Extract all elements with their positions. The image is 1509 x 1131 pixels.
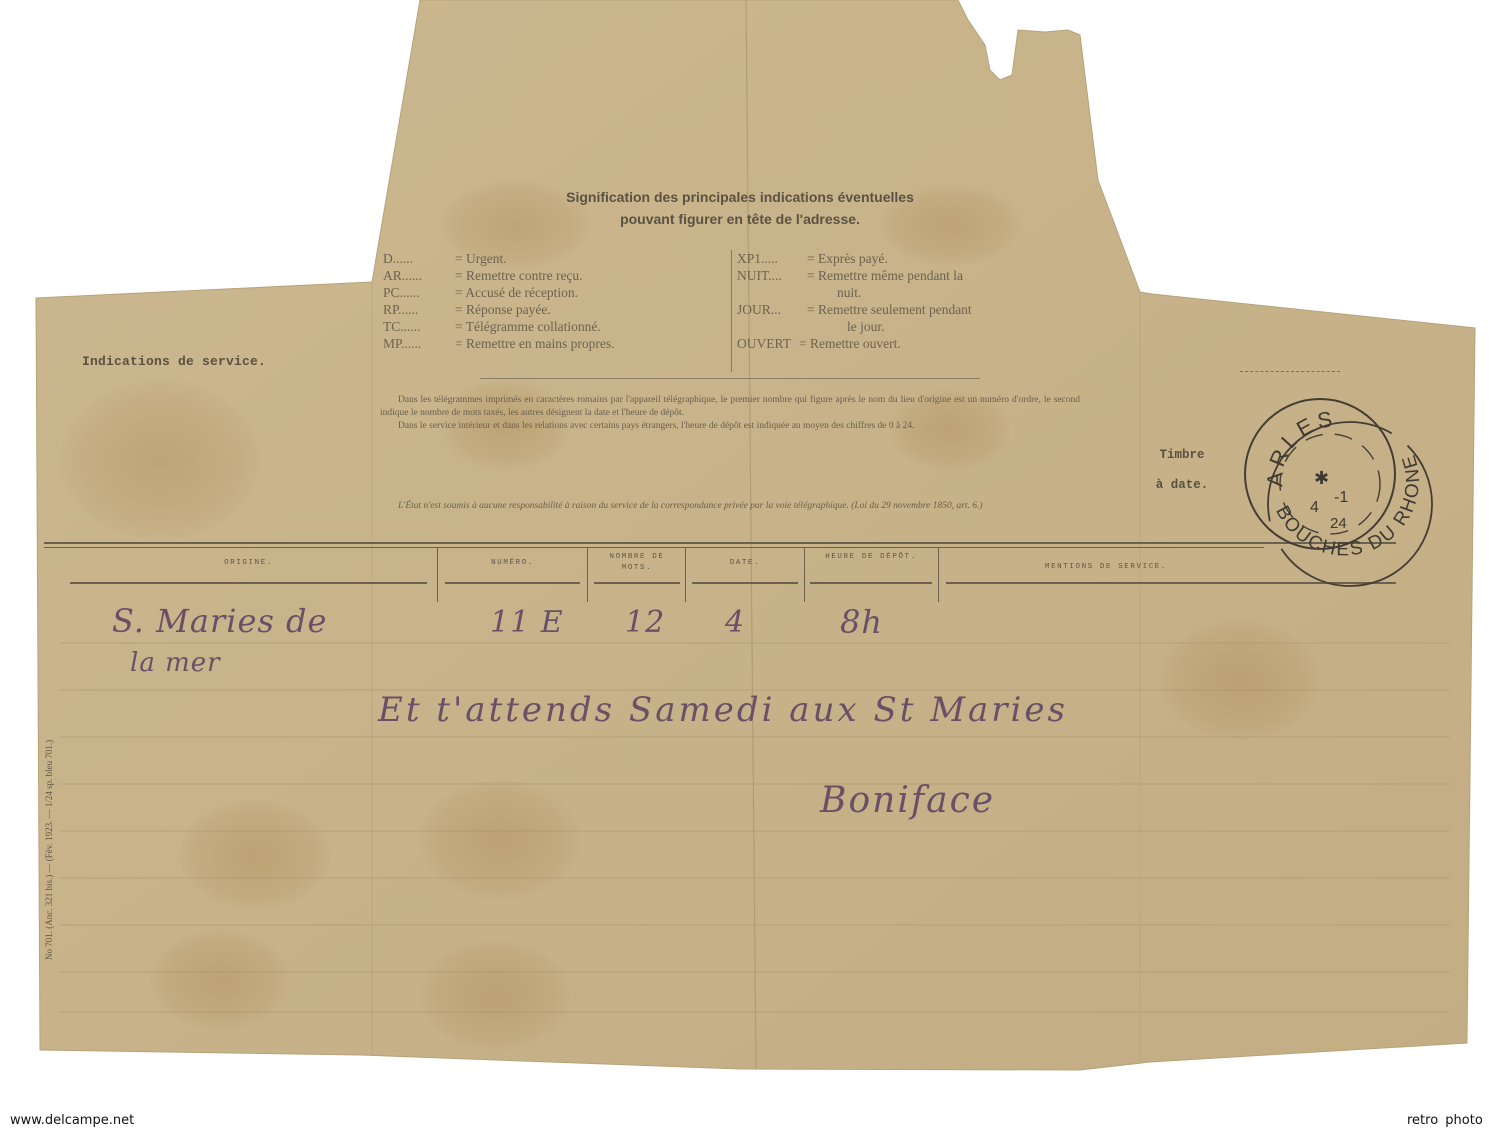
flap-notes: Dans les télégrammes imprimés en caractè… [380, 394, 1080, 433]
flap-rule [480, 378, 980, 379]
postmark-star: ✱ [1314, 468, 1329, 489]
abbr-row: TC......= Télégramme collationné. [383, 318, 614, 335]
abbreviations-right: XP1.....= Exprès payé. NUIT....= Remettr… [737, 250, 972, 352]
handwritten-origin-line2: la mer [130, 648, 221, 678]
postmark-icon: ARLES BOUCHES DU RHONE ✱ 4 -1 24 [1238, 392, 1438, 592]
handwritten-hour: 8h [840, 603, 883, 641]
stain [150, 930, 290, 1030]
flap-title-line1: Signification des principales indication… [380, 186, 1100, 208]
column-header-nombre-mots: NOMBRE DE MOTS. [594, 552, 680, 574]
abbr-row: XP1.....= Exprès payé. [737, 250, 972, 267]
handwritten-date: 4 [725, 605, 745, 640]
note-paragraph-1: Dans les télégrammes imprimés en caractè… [380, 394, 1080, 420]
column-header-mentions: MENTIONS DE SERVICE. [946, 562, 1266, 573]
handwritten-signature: Boniface [820, 780, 995, 821]
flap-title: Signification des principales indication… [380, 186, 1100, 230]
abbr-row: AR......= Remettre contre reçu. [383, 267, 614, 284]
column-header-origine: ORIGINE. [70, 558, 427, 569]
abbr-row: nuit. [737, 284, 972, 301]
flap-title-line2: pouvant figurer en tête de l'adresse. [380, 208, 1100, 230]
handwritten-number: 11 E [490, 605, 564, 640]
abbr-row: JOUR...= Remettre seulement pendant [737, 301, 972, 318]
column-header-heure-depot: HEURE DE DÉPÔT. [810, 552, 932, 563]
form-number-side-print: No 701. (Anc. 321 bis.) — (Fév. 1923. — … [44, 740, 54, 960]
abbr-row: NUIT....= Remettre même pendant la [737, 267, 972, 284]
service-indications-label: Indications de service. [82, 354, 266, 369]
postmark-year: 24 [1330, 515, 1347, 532]
footer-seller-name: retro photo [1407, 1113, 1483, 1128]
postmark-month: -1 [1334, 489, 1348, 506]
column-header-date: DATE. [692, 558, 798, 569]
stain [1160, 620, 1320, 740]
handwritten-word-count: 12 [625, 605, 665, 640]
column-divider [437, 547, 438, 602]
abbr-row: D......= Urgent. [383, 250, 614, 267]
handwritten-origin-line1: S. Maries de [112, 602, 327, 640]
handwritten-message: Et t'attends Samedi aux St Maries [378, 690, 1068, 730]
abbr-row: RP......= Réponse payée. [383, 301, 614, 318]
date-underline [692, 582, 798, 584]
footer-site-link[interactable]: www.delcampe.net [10, 1113, 134, 1128]
hour-underline [810, 582, 932, 584]
abbr-row: le jour. [737, 318, 972, 335]
date-stamp-label: Timbre à date. [1142, 440, 1222, 500]
abbreviations-left: D......= Urgent. AR......= Remettre cont… [383, 250, 614, 352]
origin-underline [70, 582, 427, 584]
number-underline [445, 582, 580, 584]
table-top-rule-thin [44, 547, 1264, 548]
column-divider [804, 547, 805, 602]
abbr-row: PC......= Accusé de réception. [383, 284, 614, 301]
abbr-divider [731, 250, 732, 372]
arles-postmark: ARLES BOUCHES DU RHONE ✱ 4 -1 24 [1238, 392, 1438, 592]
table-top-rule [44, 542, 1396, 544]
column-divider [587, 547, 588, 602]
abbr-row: OUVERT= Remettre ouvert. [737, 335, 972, 352]
legal-notice: L'État n'est soumis à aucune responsabil… [380, 500, 1080, 512]
words-underline [594, 582, 680, 584]
column-divider [938, 547, 939, 602]
stain [420, 780, 580, 900]
stain [420, 940, 570, 1050]
stain [60, 380, 260, 540]
note-paragraph-2: Dans le service intérieur et dans les re… [380, 420, 1080, 433]
column-divider [685, 547, 686, 602]
postmark-day: 4 [1310, 499, 1319, 516]
column-header-numero: NUMÉRO. [445, 558, 580, 569]
abbr-row: MP......= Remettre en mains propres. [383, 335, 614, 352]
stamp-dashed-line [1240, 371, 1340, 373]
stain [180, 800, 330, 910]
